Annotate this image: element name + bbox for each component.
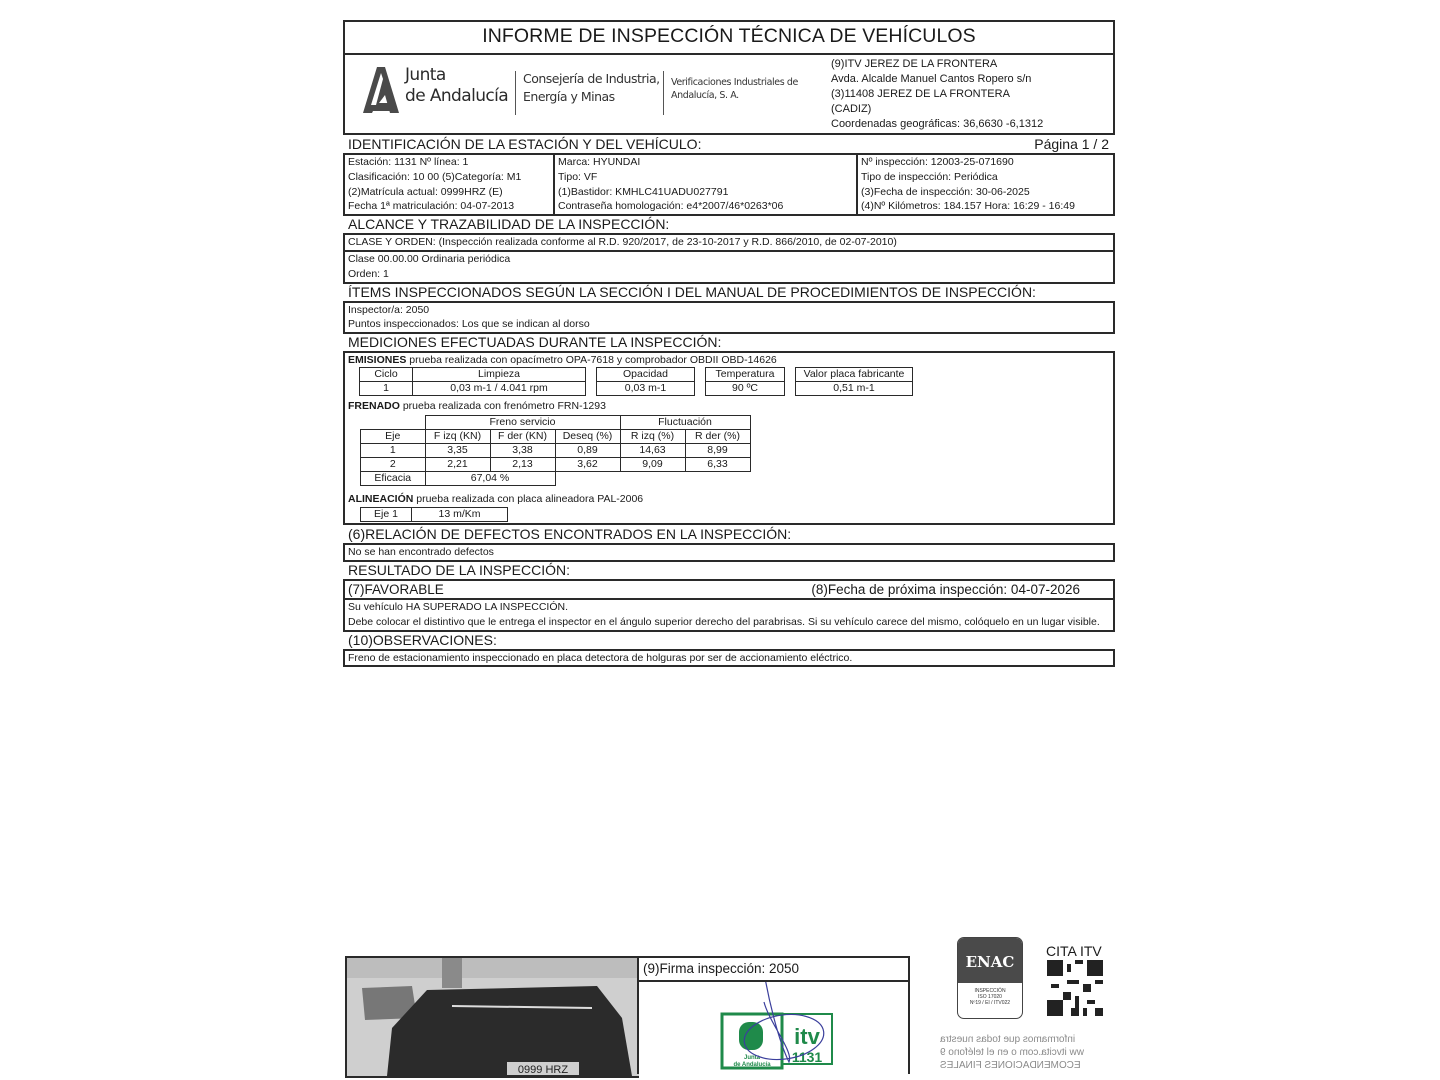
enac-badge: ENAC INSPECCIÓN ISO 17020 Nº19 / EI / IT… (957, 937, 1023, 1019)
junta-andalucia-wordmark: Junta de Andalucía (405, 65, 508, 107)
observations-box: Freno de estacionamiento inspeccionado e… (343, 649, 1115, 668)
defects-box: No se han encontrado defectos (343, 543, 1115, 562)
station-address: (9)ITV JEREZ DE LA FRONTERA Avda. Alcald… (831, 57, 1043, 132)
measurements-heading: MEDICIONES EFECTUADAS DURANTE LA INSPECC… (343, 334, 1115, 351)
result-box: (7)FAVORABLE (8)Fecha de próxima inspecc… (343, 579, 1115, 632)
page-number: Página 1 / 2 (1034, 136, 1109, 153)
veiasa-label: Verificaciones Industriales de Andalucía… (671, 76, 798, 102)
svg-text:itv: itv (794, 1024, 820, 1049)
signature-label: (9)Firma inspección: 2050 (639, 958, 908, 982)
measurements-box: EMISIONES prueba realizada con opacímetr… (343, 351, 1115, 525)
next-inspection-date: (8)Fecha de próxima inspección: 04-07-20… (811, 581, 1080, 598)
report-title: INFORME DE INSPECCIÓN TÉCNICA DE VEHÍCUL… (343, 20, 1115, 53)
scope-heading: ALCANCE Y TRAZABILIDAD DE LA INSPECCIÓN: (343, 216, 1115, 233)
signature-box: (9)Firma inspección: 2050 Junta de Andal… (637, 956, 910, 1074)
divider (663, 71, 664, 115)
identification-heading: IDENTIFICACIÓN DE LA ESTACIÓN Y DEL VEHÍ… (343, 136, 1115, 153)
svg-text:de Andalucía: de Andalucía (733, 1062, 771, 1068)
identification-table: Estación: 1131 Nº línea: 1Clasificación:… (343, 153, 1115, 216)
inspection-report: INFORME DE INSPECCIÓN TÉCNICA DE VEHÍCUL… (343, 20, 1115, 667)
observations-heading: (10)OBSERVACIONES: (343, 632, 1115, 649)
cita-itv-label: CITA ITV (1046, 943, 1102, 959)
result-verdict: (7)FAVORABLE (348, 582, 444, 597)
emissions-table-1: CicloLimpieza 10,03 m-1 / 4.041 rpm (359, 367, 586, 396)
consejeria-label: Consejería de Industria, Energía y Minas (523, 70, 660, 106)
alignment-table: Eje 113 m/Km (360, 507, 508, 522)
braking-table: Freno servicioFluctuación EjeF izq (KN)F… (360, 415, 751, 486)
items-box: Inspector/a: 2050 Puntos inspeccionados:… (343, 301, 1115, 335)
svg-text:0999 HRZ: 0999 HRZ (518, 1064, 568, 1076)
result-heading: RESULTADO DE LA INSPECCIÓN: (343, 562, 1115, 579)
qr-code-icon[interactable] (1047, 960, 1103, 1016)
divider (515, 71, 516, 115)
scope-box: CLASE Y ORDEN: (Inspección realizada con… (343, 233, 1115, 283)
defects-heading: (6)RELACIÓN DE DEFECTOS ENCONTRADOS EN L… (343, 526, 1115, 543)
junta-andalucia-logo-icon (359, 65, 403, 115)
show-through-text: informamos que todas nuestra ww itvcita.… (940, 1033, 1120, 1072)
report-header: Junta de Andalucía Consejería de Industr… (343, 53, 1115, 135)
vehicle-photo: 0999 HRZ (345, 956, 639, 1078)
items-heading: ÍTEMS INSPECCIONADOS SEGÚN LA SECCIÓN I … (343, 284, 1115, 301)
itv-stamp-icon: Junta de Andalucía itv 1131 (639, 982, 909, 1076)
